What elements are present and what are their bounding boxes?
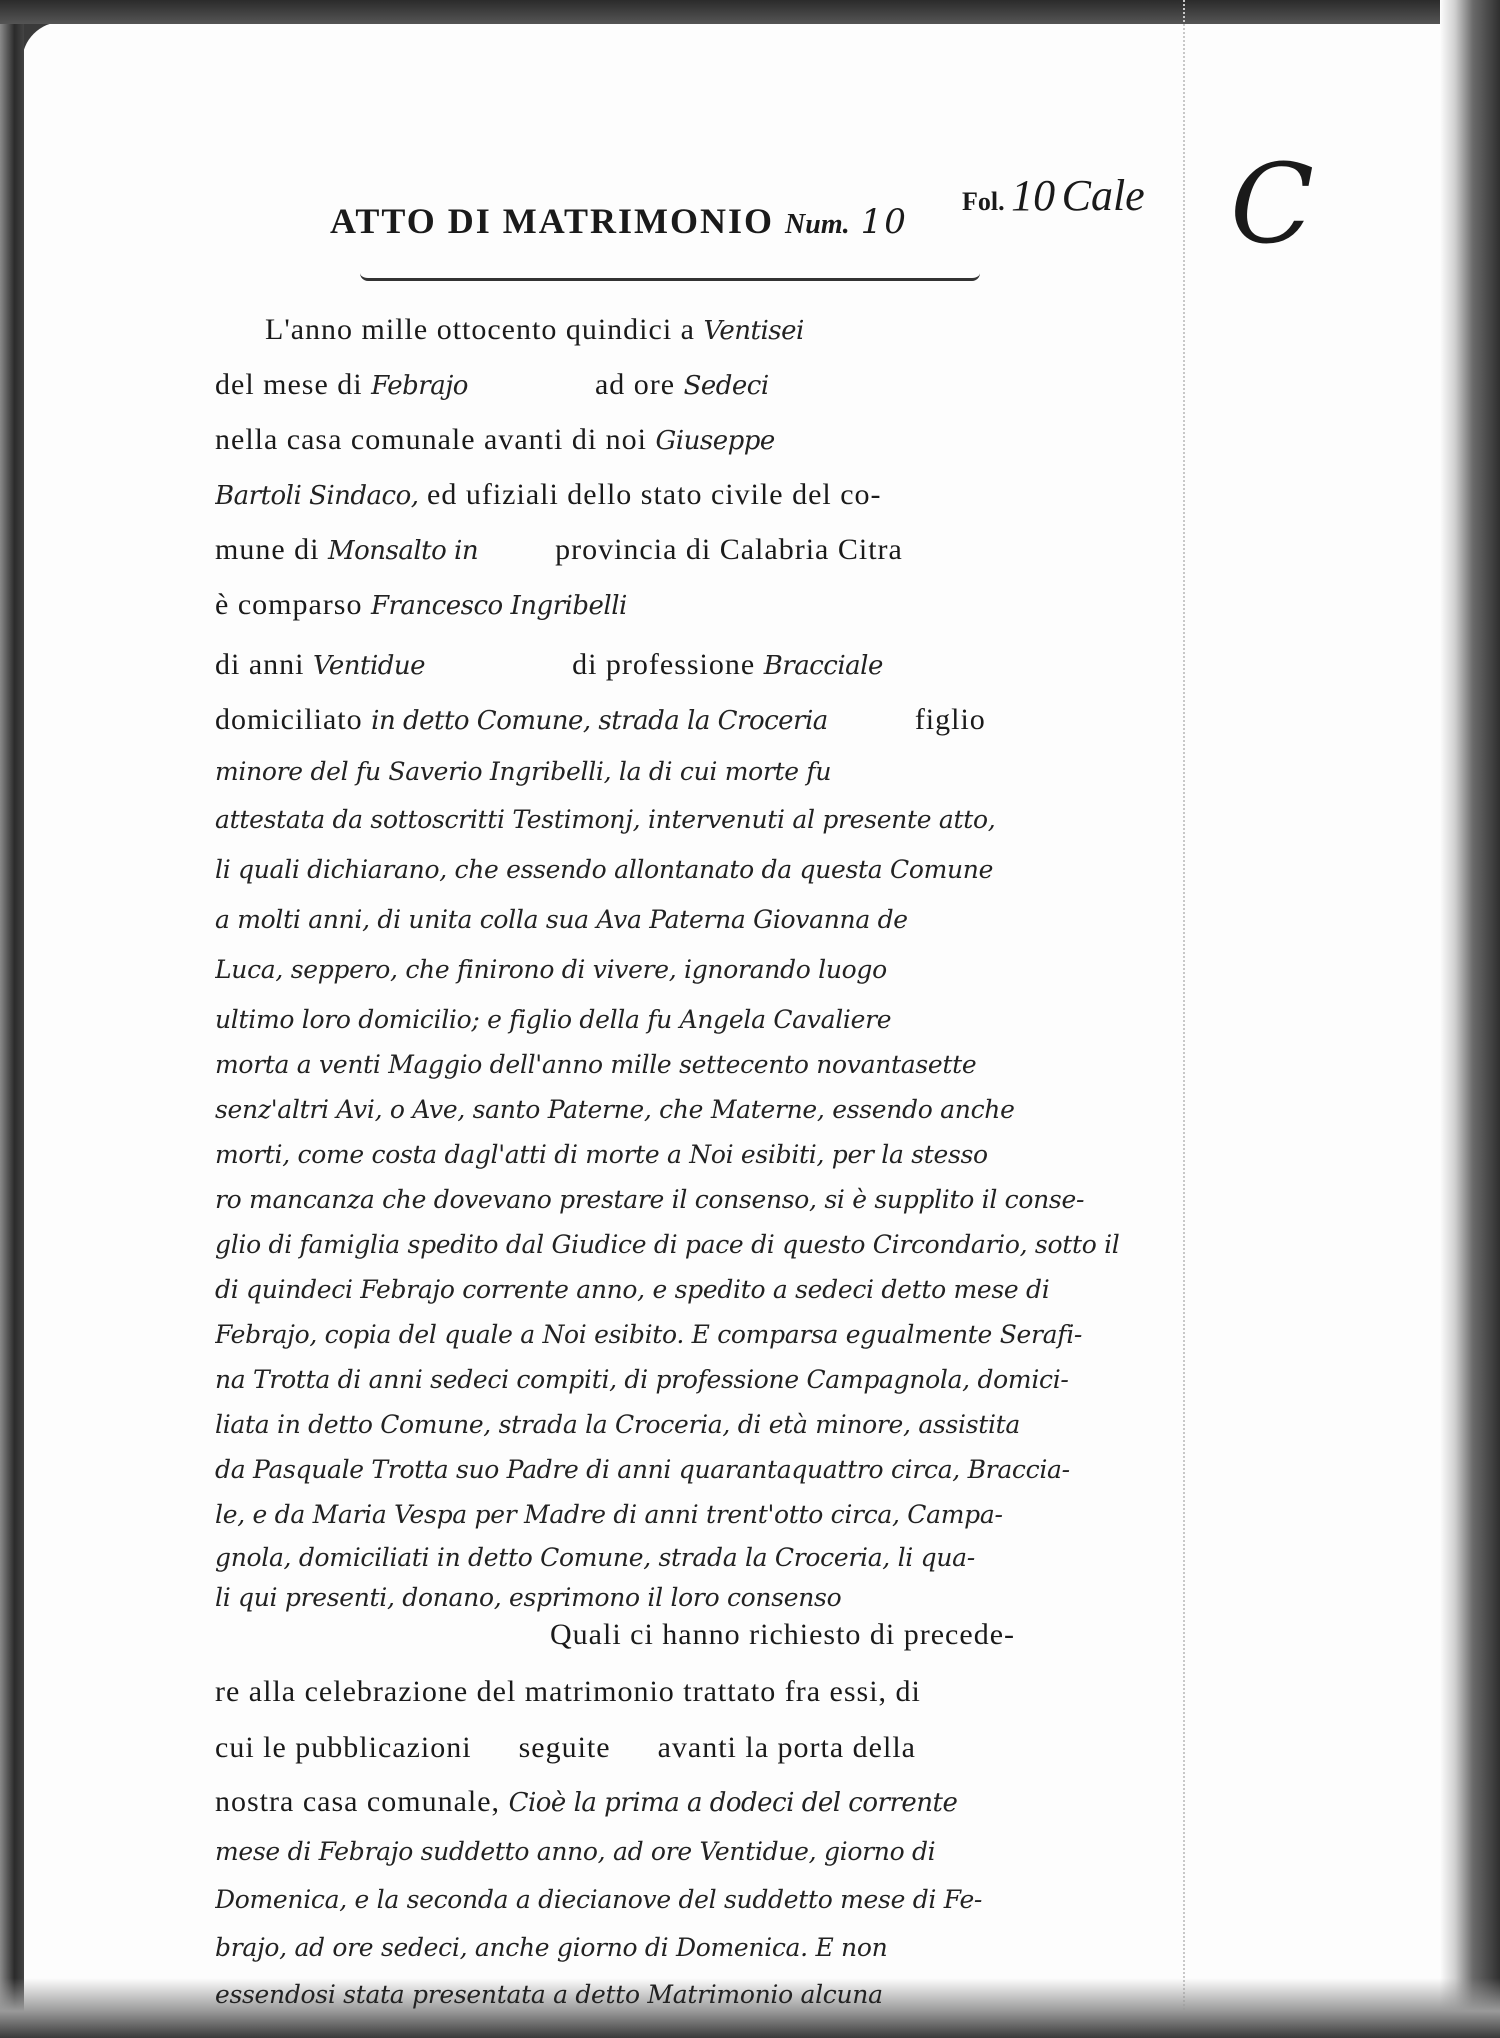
handwritten-publication-date: Cioè la prima a dodeci del corrente [509, 1788, 958, 1818]
form-text: L'anno mille ottocento quindici a [265, 313, 695, 346]
form-text: di professione [572, 648, 755, 681]
handwritten-mayor-first: Giuseppe [656, 426, 775, 456]
form-line-5: mune di Monsalto in provincia di Calabri… [215, 530, 1155, 571]
page-fold-line [1183, 0, 1185, 2038]
form-text: domiciliato [215, 703, 363, 736]
handwritten-line: le, e da Maria Vespa per Madre di anni t… [215, 1495, 1155, 1535]
handwritten-line: liata in detto Comune, strada la Croceri… [215, 1405, 1155, 1445]
title-text: ATTO DI MATRIMONIO [330, 201, 774, 241]
page-top-edge [0, 0, 1500, 24]
form-line-2: del mese di Febrajo ad ore Sedeci [215, 365, 1155, 406]
handwritten-commune: Monsalto in [328, 536, 478, 566]
corner-mark: C [1230, 140, 1314, 268]
form-line-3: nella casa comunale avanti di noi Giusep… [215, 420, 1155, 461]
book-binding-shadow [1440, 0, 1500, 2038]
folio-annotation: Fol. 10 Cale [962, 170, 1145, 221]
closing-line-1: Quali ci hanno richiesto di precede- [550, 1615, 1160, 1655]
page-left-edge [0, 0, 24, 2038]
handwritten-residence: in detto Comune, strada la Croceria [371, 706, 828, 736]
handwritten-line: di quindeci Febrajo corrente anno, e spe… [215, 1270, 1155, 1310]
form-text: è comparso [215, 588, 362, 621]
form-line-1: L'anno mille ottocento quindici a Ventis… [265, 310, 1205, 351]
handwritten-hour: Sedeci [684, 371, 769, 401]
form-text: seguite [519, 1731, 611, 1764]
handwritten-mayor-last: Bartoli Sindaco, [215, 481, 419, 511]
folio-label: Fol. [962, 187, 1005, 216]
handwritten-line: na Trotta di anni sedeci compiti, di pro… [215, 1360, 1155, 1400]
form-text: cui le pubblicazioni [215, 1731, 472, 1764]
form-text: ad ore [595, 368, 675, 401]
handwritten-line: minore del fu Saverio Ingribelli, la di … [215, 752, 1155, 792]
handwritten-line: li qui presenti, donano, esprimono il lo… [215, 1578, 1155, 1618]
handwritten-profession: Bracciale [764, 651, 883, 681]
form-text: mune di [215, 533, 320, 566]
handwritten-line: glio di famiglia spedito dal Giudice di … [215, 1225, 1155, 1265]
closing-line-2: re alla celebrazione del matrimonio trat… [215, 1672, 1155, 1712]
handwritten-line: attestata da sottoscritti Testimonj, int… [215, 800, 1155, 840]
form-text: di anni [215, 648, 305, 681]
form-text: nostra casa comunale, [215, 1785, 500, 1818]
handwritten-line: essendosi stata presentata a detto Matri… [215, 1975, 1155, 2015]
handwritten-groom: Francesco Ingribelli [371, 591, 627, 621]
handwritten-line: da Pasquale Trotta suo Padre di anni qua… [215, 1450, 1155, 1490]
handwritten-line: ro mancanza che dovevano prestare il con… [215, 1180, 1155, 1220]
form-text: provincia di Calabria Citra [555, 533, 903, 566]
handwritten-line: Domenica, e la seconda a diecianove del … [215, 1880, 1155, 1920]
form-line-6: è comparso Francesco Ingribelli [215, 585, 1155, 626]
handwritten-line: senz'altri Avi, o Ave, santo Paterne, ch… [215, 1090, 1155, 1130]
closing-line-3: cui le pubblicazioni seguite avanti la p… [215, 1728, 1155, 1768]
form-text: ed ufiziali dello stato civile del co- [427, 478, 882, 511]
closing-line-4: nostra casa comunale, Cioè la prima a do… [215, 1782, 1155, 1823]
handwritten-line: ultimo loro domicilio; e figlio della fu… [215, 1000, 1155, 1040]
folio-note: Cale [1062, 171, 1145, 220]
handwritten-line: morti, come costa dagl'atti di morte a N… [215, 1135, 1155, 1175]
form-text: del mese di [215, 368, 363, 401]
handwritten-month: Febrajo [371, 371, 468, 401]
title-rule [360, 268, 980, 281]
act-number: 10 [861, 202, 908, 242]
handwritten-line: Luca, seppero, che finirono di vivere, i… [215, 950, 1155, 990]
handwritten-line: Febrajo, copia del quale a Noi esibito. … [215, 1315, 1155, 1355]
form-text: figlio [915, 703, 986, 736]
form-line-7: di anni Ventidue di professione Braccial… [215, 645, 1155, 686]
page-title: ATTO DI MATRIMONIO Num. 10 [330, 200, 908, 242]
folio-number: 10 [1011, 171, 1055, 220]
form-line-8: domiciliato in detto Comune, strada la C… [215, 700, 1155, 741]
handwritten-line: mese di Febrajo suddetto anno, ad ore Ve… [215, 1832, 1155, 1872]
handwritten-line: gnola, domiciliati in detto Comune, stra… [215, 1538, 1155, 1578]
form-text: nella casa comunale avanti di noi [215, 423, 647, 456]
handwritten-day: Ventisei [703, 316, 803, 346]
handwritten-line: li quali dichiarano, che essendo allonta… [215, 850, 1155, 890]
handwritten-line: brajo, ad ore sedeci, anche giorno di Do… [215, 1928, 1155, 1968]
handwritten-line: morta a venti Maggio dell'anno mille set… [215, 1045, 1155, 1085]
form-text: avanti la porta della [658, 1731, 916, 1764]
form-line-4: Bartoli Sindaco, ed ufiziali dello stato… [215, 475, 1155, 516]
number-label: Num. [785, 209, 850, 240]
handwritten-age: Ventidue [313, 651, 425, 681]
handwritten-line: a molti anni, di unita colla sua Ava Pat… [215, 900, 1155, 940]
